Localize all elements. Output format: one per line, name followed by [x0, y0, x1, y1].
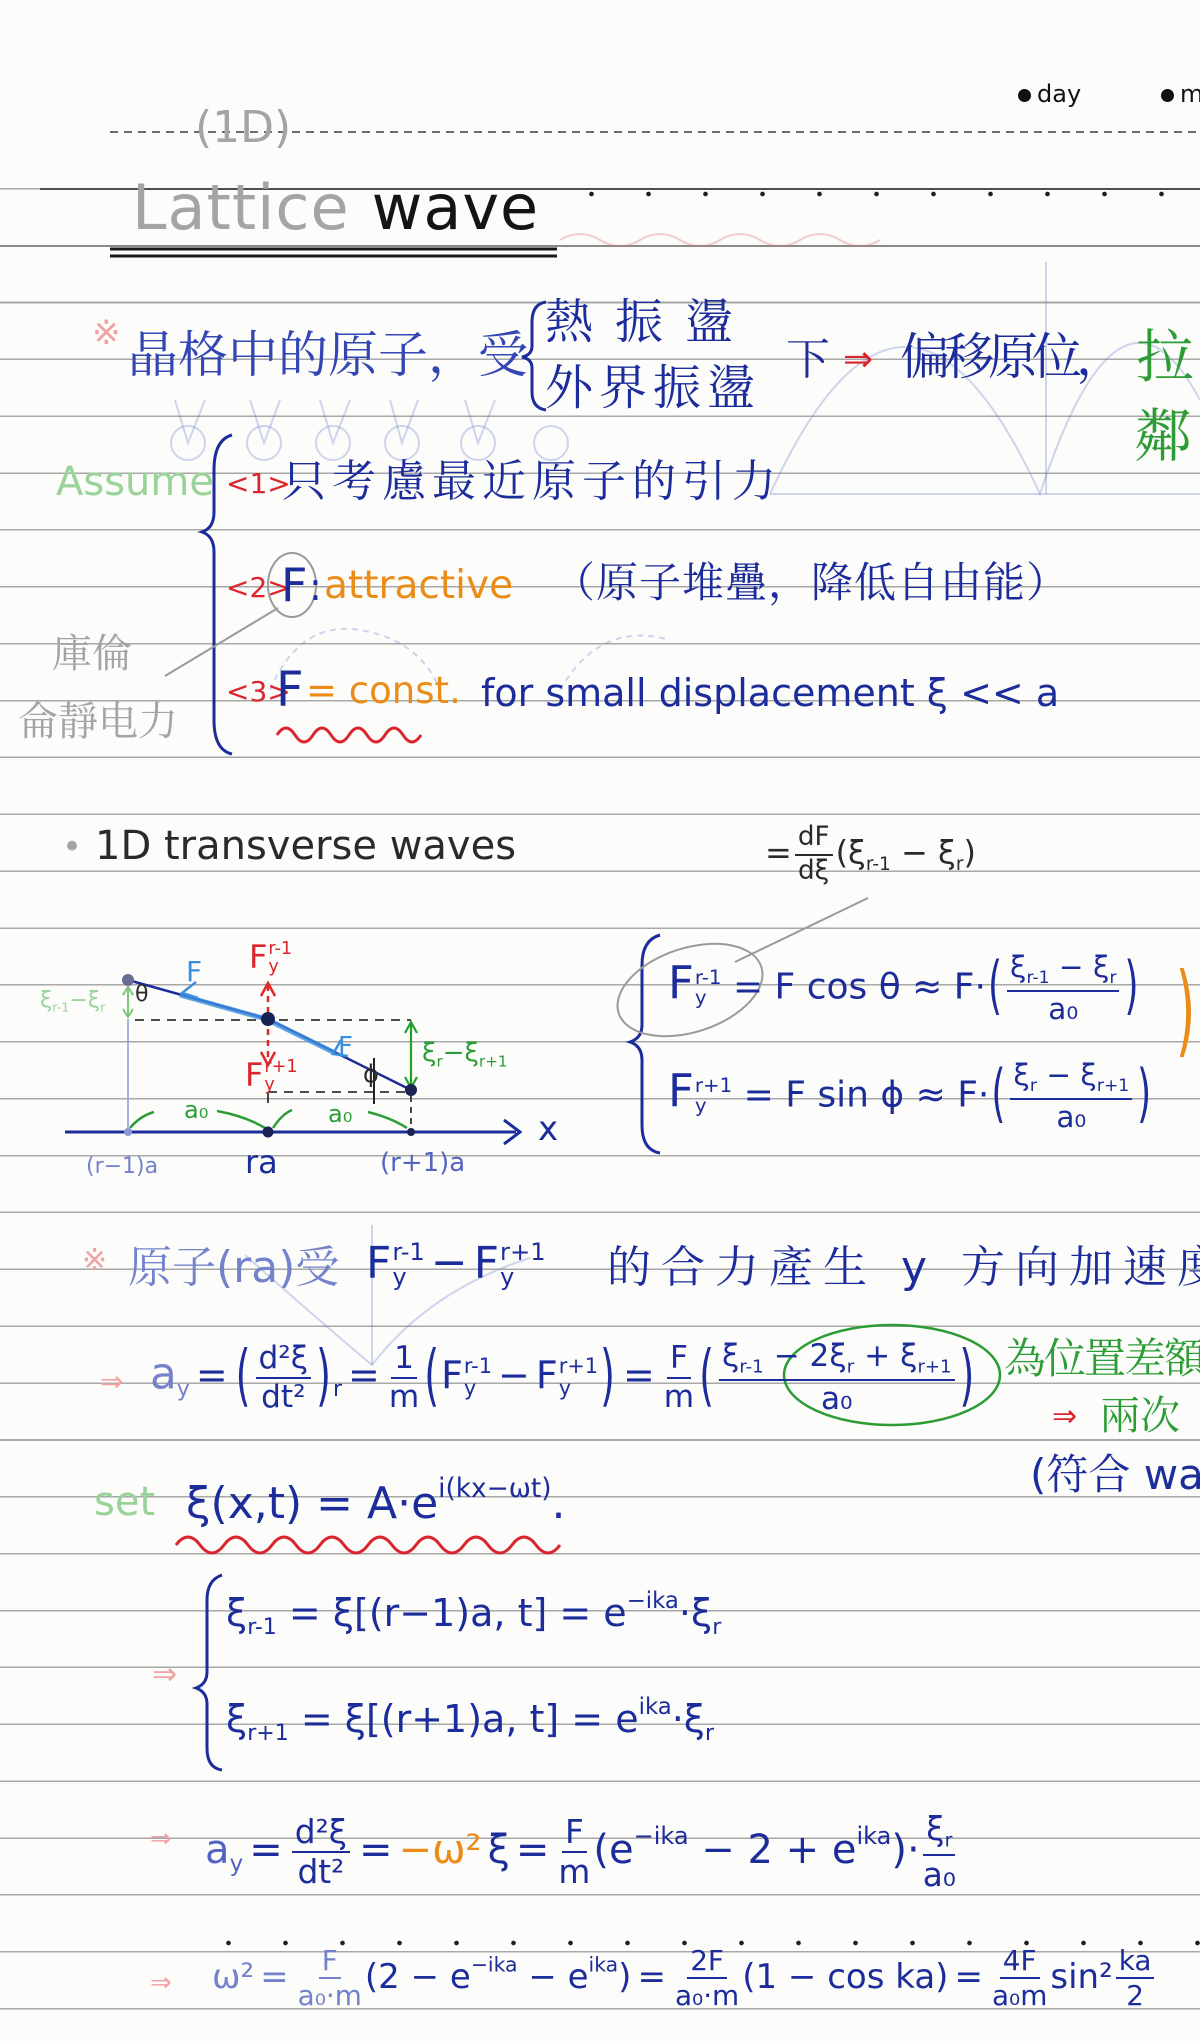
subscript: y [230, 1850, 244, 1877]
equals-sign: = [637, 1957, 666, 1997]
assumption-2-symbol: F [281, 562, 307, 608]
assumption-2-text: （原子堆疊，降低自由能） [553, 562, 1069, 604]
displacement-ratio: ξra₀ [923, 1812, 956, 1892]
equals-sign: = [260, 1957, 289, 1997]
equals-sign: = [623, 1353, 655, 1397]
day-text: day [1037, 80, 1081, 108]
net-force-marker: ※ [82, 1246, 107, 1276]
subscript: r [100, 1000, 105, 1015]
subscript: y [264, 1076, 297, 1094]
equation-middle: = ξ[(r−1)a, t] = e [277, 1591, 627, 1635]
denominator: m [389, 1379, 419, 1414]
numerator: ξr-1 − ξr [1007, 952, 1119, 992]
dispersion-relation: ω²=Fa₀·m(2 − e−ika − eika)=2Fa₀·m(1 − co… [212, 1946, 1157, 2011]
term: ·ξ [672, 1697, 705, 1741]
term: − ξ [891, 834, 956, 872]
intro-marker: ※ [92, 316, 121, 350]
subscript: r-1 [1026, 968, 1049, 988]
xi: ξ [226, 1697, 247, 1741]
ansatz-base: ξ(x,t) = A·e [186, 1478, 438, 1529]
fy-lower-label: Fr+1y [245, 1058, 298, 1095]
subscript: r-1 [739, 1356, 763, 1377]
subtitle-1d: (1D) [195, 106, 291, 150]
xi: −ξ [443, 1038, 479, 1068]
second-derivative: d²ξdt² [256, 1342, 312, 1413]
accel-symbol: a [205, 1827, 230, 1873]
accel-symbol: a [150, 1348, 177, 1399]
term: (2 − e [365, 1957, 471, 1997]
section-bullet: • [62, 830, 82, 864]
cause-external: 外界振盪 [545, 364, 761, 412]
subscript: r [712, 1615, 721, 1640]
numerator: F [319, 1946, 341, 1979]
equals-sign: = [348, 1353, 380, 1397]
assume-label: Assume [56, 462, 214, 502]
neighbors-arrow: ⇒ [152, 1660, 177, 1690]
equals-sign: = [516, 1827, 550, 1873]
term: − ξ [1037, 1058, 1097, 1092]
force-symbol: F [441, 1353, 463, 1397]
denominator: m [558, 1853, 590, 1889]
exponent: ika [589, 1952, 619, 1976]
subscript: r-1 [247, 1615, 277, 1640]
force-symbol: F [668, 956, 694, 1009]
neighbor-equation-left: ξr-1 = ξ[(r−1)a, t] = e−ika·ξr [226, 1590, 721, 1639]
intro-side-note-2: 鄰 [1134, 407, 1192, 465]
exponent: −ika [627, 1588, 679, 1614]
dispersion-arrow: ⇒ [150, 1970, 172, 1996]
displacement-left-label: ξr-1−ξr [40, 990, 105, 1015]
numerator: d²ξ [256, 1342, 312, 1379]
assumption-1-text: 只考慮最近原子的引力 [282, 460, 782, 504]
coefficient-2: 2Fa₀·m [675, 1946, 739, 2011]
x-axis-label: x [538, 1112, 558, 1146]
subscript: y [559, 1378, 598, 1400]
superscript: r+1 [264, 1058, 297, 1076]
sup-sub: r-1y [268, 940, 292, 977]
subscript: r [333, 1377, 342, 1402]
fraction: ξr-1 − ξra₀ [1007, 952, 1119, 1025]
position-label-r: ra [245, 1146, 278, 1178]
subscript: y [500, 1265, 546, 1290]
numerator: 2F [687, 1946, 727, 1979]
sup-sub: r-1y [695, 968, 722, 1010]
title-word-wave: wave [372, 171, 540, 244]
sup-sub: r+1y [559, 1356, 598, 1400]
numerator: ka [1116, 1946, 1155, 1979]
second-derivative: d²ξdt² [292, 1815, 350, 1890]
force-over-mass: Fm [558, 1815, 590, 1890]
subscript: r [705, 1721, 714, 1746]
month-text: m [1180, 80, 1200, 108]
force-symbol: F [249, 937, 267, 975]
force-symbol: F [245, 1055, 263, 1093]
denominator: dξ [798, 856, 829, 886]
denominator: a₀·m [675, 1979, 739, 2010]
theta-label: θ [135, 984, 148, 1006]
superscript: r-1 [268, 940, 292, 958]
section-title: 1D transverse waves [95, 826, 516, 866]
term: )· [891, 1827, 919, 1873]
intro-side-note-1: 拉 [1136, 328, 1194, 386]
sup-sub: r+1y [500, 1240, 546, 1291]
accel2-arrow: ⇒ [150, 1826, 172, 1852]
term: ξ [722, 1338, 739, 1374]
numerator: ξr − ξr+1 [1010, 1060, 1132, 1100]
force-equation-upper: Fr-1y = F cos θ ≈ F·(ξr-1 − ξra₀) [668, 952, 1141, 1025]
dotted-row-top [563, 191, 1200, 197]
subscript: y [392, 1265, 425, 1290]
bullet-icon [1018, 89, 1031, 102]
force-over-mass: Fm [664, 1342, 694, 1413]
acceleration-equation: ay=(d²ξdt²)r=1m(Fr-1y−Fr+1y)=Fm(ξr-1 − 2… [150, 1340, 976, 1416]
equals-sign: = [954, 1957, 983, 1997]
cause-thermal: 熱振盪 [545, 298, 755, 346]
sup-sub: r-1y [392, 1240, 425, 1291]
accel-arrow: ⇒ [100, 1368, 123, 1396]
displacement-right-label: ξr−ξr+1 [422, 1040, 507, 1069]
exponent: −ika [471, 1952, 518, 1976]
denominator: a₀·m [298, 1979, 362, 2010]
sup-sub: r+1y [264, 1058, 297, 1095]
equals-sign: = [359, 1827, 393, 1873]
spacing-label-1: a₀ [184, 1098, 208, 1122]
subscript: r-1 [866, 854, 891, 875]
tension-label-left: F [186, 958, 202, 986]
coefficient-1: Fa₀·m [298, 1946, 362, 2011]
xi: ξ [226, 1591, 247, 1635]
exponent: −ika [634, 1822, 689, 1850]
numerator: F [562, 1815, 587, 1853]
omega-squared: −ω² [399, 1827, 482, 1873]
net-force-tail: 的合力產生 y 方向加速度 [607, 1246, 1200, 1290]
assumption-3-text: for small displacement ξ << a [481, 674, 1059, 712]
force-symbol: F [474, 1237, 499, 1288]
xi: −ξ [69, 988, 100, 1013]
force-equation-lower: Fr+1y = F sin ϕ ≈ F·(ξr − ξr+1a₀) [668, 1060, 1153, 1133]
superscript: r-1 [392, 1240, 425, 1265]
neighbor-equation-right: ξr+1 = ξ[(r+1)a, t] = eika·ξr [226, 1696, 714, 1745]
superscript: r+1 [695, 1076, 732, 1097]
superscript: r-1 [464, 1356, 492, 1378]
equation-middle: = F sin ϕ ≈ F· [744, 1074, 990, 1115]
denominator: m [664, 1379, 694, 1414]
xi: ξ [926, 1810, 944, 1848]
subscript: r [1030, 1076, 1037, 1096]
xi: ξ [422, 1038, 437, 1068]
subscript: r [945, 1830, 953, 1852]
subscript: r+1 [917, 1356, 951, 1377]
subscript: r+1 [1097, 1076, 1129, 1096]
term: ξ [1010, 950, 1026, 984]
term: ) [618, 1957, 631, 1997]
term: (1 − cos ka) [742, 1957, 948, 1997]
equals-sign: = [196, 1353, 228, 1397]
annotation-line-3: (符合 wave [1030, 1454, 1200, 1496]
assumption-2-keyword: attractive [324, 566, 513, 605]
subscript: y [268, 958, 292, 976]
period: . [552, 1478, 566, 1529]
annotation-arrow: ⇒ [1052, 1402, 1077, 1432]
equals-sign: = [249, 1827, 283, 1873]
subscript: r-1 [52, 1000, 69, 1015]
equation-middle: = ξ[(r+1)a, t] = e [289, 1697, 639, 1741]
numerator: dF [795, 824, 833, 856]
denominator: a₀m [992, 1979, 1047, 2010]
numerator: d²ξ [292, 1815, 350, 1853]
omega-squared: ω² [212, 1957, 254, 1997]
subscript: r [1109, 968, 1116, 988]
sup-sub: r-1y [464, 1356, 492, 1400]
wave-ansatz: ξ(x,t) = A·ei(kx−ωt). [186, 1476, 566, 1526]
half-angle: ka2 [1116, 1946, 1155, 2011]
superscript: r-1 [695, 968, 722, 989]
second-difference: ξr-1 − 2ξr + ξr+1a₀ [719, 1340, 955, 1416]
numerator: 1 [391, 1342, 417, 1379]
position-label-r-minus-1: (r−1)a [86, 1156, 158, 1178]
spacing-label-2: a₀ [328, 1102, 352, 1126]
subscript: r+1 [247, 1721, 289, 1746]
equation-middle: = F cos θ ≈ F· [733, 966, 986, 1007]
force-symbol: F [366, 1237, 391, 1288]
tension-label-right: F [338, 1034, 353, 1060]
subscript: y [464, 1378, 492, 1400]
denominator: a₀ [1048, 992, 1078, 1025]
month-label: m [1161, 82, 1200, 106]
assumption-3-symbol: F [276, 666, 304, 714]
page-title: Latticewave [132, 177, 539, 239]
force-symbol: F [536, 1353, 558, 1397]
intro-lead: 晶格中的原子，受 [128, 330, 528, 380]
exponent: ika [639, 1694, 672, 1720]
pencil-note-line-2: 侖靜电力 [18, 702, 178, 742]
term: (ξ [836, 834, 866, 872]
position-label-r-plus-1: (r+1)a [380, 1150, 465, 1176]
derivative-fraction: dFdξ [795, 824, 833, 885]
superscript: r+1 [559, 1356, 598, 1378]
denominator: 2 [1126, 1979, 1144, 2010]
bullet-icon [1161, 89, 1174, 102]
numerator: ξr-1 − 2ξr + ξr+1 [719, 1340, 955, 1381]
orange-bracket: ) [1176, 960, 1196, 1060]
notebook-page: day m (1D) Latticewave ※ 晶格中的原子，受 熱振盪 外界… [0, 0, 1200, 2041]
title-word-lattice: Lattice [132, 171, 350, 244]
denominator: dt² [297, 1853, 344, 1889]
pencil-note-line-1: 庫倫 [52, 634, 132, 674]
term: − 2ξ [764, 1338, 847, 1374]
subscript: y [177, 1377, 190, 1402]
denominator: a₀ [1056, 1100, 1086, 1133]
fraction: ξr − ξr+1a₀ [1010, 1060, 1132, 1133]
denominator: a₀ [821, 1381, 853, 1416]
subscript: y [695, 1096, 732, 1117]
coefficient-3: 4Fa₀m [992, 1946, 1047, 2011]
day-label: day [1018, 82, 1081, 106]
equals-sign: = [765, 834, 792, 872]
slope-note: =dFdξ(ξr-1 − ξr) [765, 824, 976, 885]
sine-squared: sin² [1050, 1957, 1112, 1997]
annotation-line-1: 為位置差額 [1004, 1338, 1200, 1380]
header-rule-2 [0, 245, 1200, 247]
intro-suffix: 下 [786, 338, 830, 382]
net-force-lead: 原子(ra)受 [128, 1246, 339, 1290]
term: − ξ [1049, 950, 1109, 984]
denominator: a₀ [923, 1856, 956, 1892]
term: ) [963, 834, 975, 872]
term: ·ξ [679, 1591, 712, 1635]
xi: ξ [40, 988, 52, 1013]
exponent: i(kx−ωt) [438, 1473, 551, 1504]
phi-label: ϕ [363, 1062, 379, 1086]
minus-sign: − [498, 1353, 530, 1397]
exponent: ika [857, 1822, 892, 1850]
net-force-expression: Fr-1y−Fr+1y [366, 1240, 546, 1291]
term: (e [593, 1827, 633, 1873]
assumption-2-colon: : [309, 568, 322, 606]
term: ξ [1013, 1058, 1029, 1092]
numerator: 4F [1000, 1946, 1040, 1979]
term: − 2 + e [689, 1827, 857, 1873]
inverse-mass: 1m [389, 1342, 419, 1413]
term: + ξ [854, 1338, 917, 1374]
force-symbol: F [668, 1064, 694, 1117]
annotation-line-2: 兩次 [1100, 1396, 1180, 1436]
numerator: F [667, 1342, 691, 1379]
superscript: r+1 [500, 1240, 546, 1265]
xi: ξ [488, 1827, 510, 1873]
numerator: ξr [923, 1812, 955, 1856]
implies-arrow: ⇒ [843, 342, 873, 378]
sup-sub: r+1y [695, 1076, 732, 1118]
acceleration-equation-2: ay=d²ξdt²=−ω²ξ=Fm(e−ika − 2 + eika)·ξra₀ [205, 1812, 959, 1892]
term: − e [518, 1957, 589, 1997]
set-label: set [94, 1482, 155, 1522]
minus-sign: − [431, 1237, 468, 1288]
subscript: r+1 [479, 1052, 507, 1070]
denominator: dt² [261, 1379, 305, 1414]
assumption-3-keyword: = const. [306, 672, 461, 709]
intro-result: 偏移原位， [900, 332, 1120, 382]
subscript: y [695, 988, 722, 1009]
fy-upper-label: Fr-1y [249, 940, 292, 977]
